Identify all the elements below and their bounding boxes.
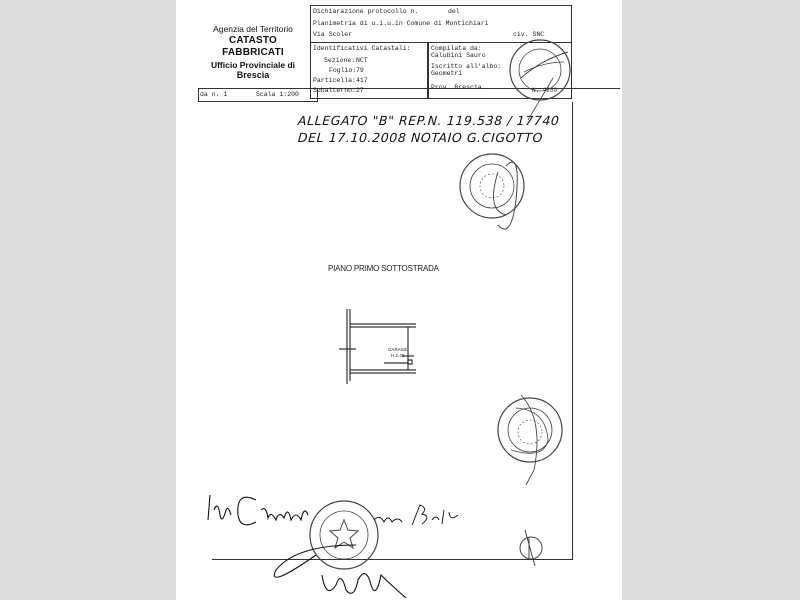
north-arrow-icon [520, 530, 542, 566]
notary-seal-bottom-icon [310, 501, 378, 569]
document-page: Agenzia del Territorio CATASTO FABBRICAT… [176, 0, 622, 600]
notary-seal-lower-icon [498, 395, 562, 485]
svg-text:N. 4280: N. 4280 [532, 87, 558, 94]
stamps-layer: N. 4280 [176, 0, 622, 600]
notary-seal-upper-icon [460, 154, 524, 229]
signature-right-icon [374, 505, 458, 525]
surveyor-stamp-icon: N. 4280 [510, 40, 570, 120]
